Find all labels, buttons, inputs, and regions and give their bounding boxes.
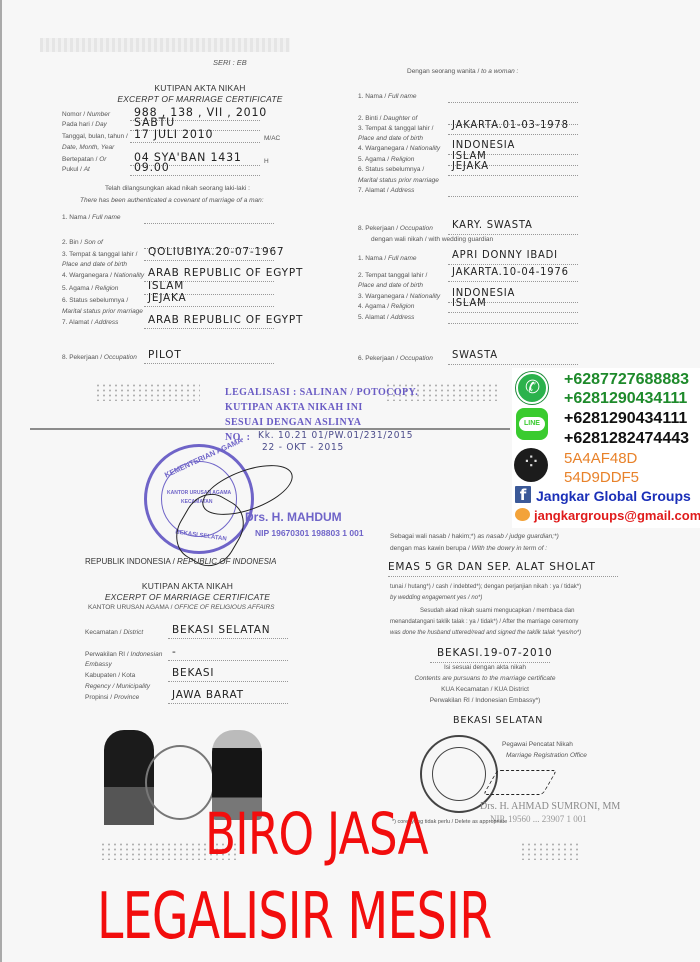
field-underline bbox=[144, 363, 274, 364]
field-label-id: 4. Warganegara / bbox=[358, 145, 410, 152]
lower-title: KUTIPAN AKTA NIKAH bbox=[80, 581, 295, 591]
field-label: 4. Agama / Religion bbox=[358, 304, 414, 311]
field-value: ARAB REPUBLIC OF EGYPT bbox=[148, 268, 303, 279]
field-label: 5. Agama / Religion bbox=[62, 286, 118, 293]
legalization-line-2: KUTIPAN AKTA NIKAH INI bbox=[225, 402, 363, 413]
bbm-pin-2[interactable]: 54D9DDF5 bbox=[564, 469, 639, 486]
woman-intro: Dengan seorang wanita / to a woman : bbox=[407, 69, 518, 76]
field-underline bbox=[144, 223, 274, 224]
office-id: KANTOR URUSAN AGAMA / bbox=[88, 604, 174, 611]
field-underline bbox=[448, 102, 578, 103]
field-underline bbox=[448, 264, 578, 265]
field-label: 4. Warganegara / Nationality bbox=[358, 146, 440, 153]
field-label-id: 8. Pekerjaan / bbox=[358, 225, 400, 232]
field-label-en: Or bbox=[99, 156, 106, 163]
line-app-icon: LINE bbox=[516, 408, 548, 440]
guardian-intro: dengan wali nikah / with wedding guardia… bbox=[371, 237, 493, 244]
field-value: SWASTA bbox=[452, 351, 498, 362]
field-label-en: Occupation bbox=[400, 225, 433, 232]
guardian-type-id: Sebagai wali nasab / hakim;*) bbox=[390, 533, 477, 540]
field-label-en: Religion bbox=[391, 303, 415, 310]
conform-3: KUA Kecamatan / KUA District bbox=[400, 687, 570, 694]
marriage-certificate-scan: SERI : EB KUTIPAN AKTA NIKAH EXCERPT OF … bbox=[0, 0, 700, 962]
line-number-1[interactable]: +6281290434111 bbox=[564, 410, 687, 428]
facebook-page[interactable]: Jangkar Global Groups bbox=[536, 488, 691, 504]
guardian-type: Sebagai wali nasab / hakim;*) as nasab /… bbox=[390, 534, 559, 541]
field-label-en: Religion bbox=[391, 156, 415, 163]
officer-title: Pegawai Pencatat Nikah bbox=[502, 742, 573, 749]
dowry-intro: dengan mas kawin berupa / With the dowry… bbox=[390, 546, 547, 553]
field-value: SABTU bbox=[134, 117, 175, 129]
official-nip: NIP 19670301 198803 1 001 bbox=[255, 528, 364, 538]
field-label-id: Kabupaten / Kota bbox=[85, 672, 135, 679]
field-label: 3. Tempat & tanggal lahir / bbox=[62, 252, 137, 259]
guardian-intro-id: dengan wali nikah / bbox=[371, 236, 428, 243]
field-label-en: Nationality bbox=[410, 293, 440, 300]
field-label-en: Address bbox=[95, 319, 119, 326]
line-number-2[interactable]: +6281282474443 bbox=[564, 430, 689, 448]
field-label-id: 3. Warganegara / bbox=[358, 293, 410, 300]
field-value: JAKARTA.01-03-1978 bbox=[452, 121, 569, 132]
field-label-en: Full name bbox=[388, 93, 417, 100]
field-label-en: Place and date of birth bbox=[358, 135, 423, 142]
cash-line: tunai / hutang*) / cash / indebted*); de… bbox=[390, 584, 581, 590]
field-label: 7. Alamat / Address bbox=[62, 320, 118, 327]
field-label-en: Nationality bbox=[410, 145, 440, 152]
field-label-en: Embassy bbox=[85, 661, 112, 668]
office-line: KANTOR URUSAN AGAMA / OFFICE OF RELIGIOU… bbox=[88, 605, 275, 612]
scan-artifact bbox=[40, 38, 290, 52]
conform-1: Isi sesuai dengan akta nikah bbox=[400, 665, 570, 672]
field-label: Pukul / At bbox=[62, 167, 90, 174]
field-label-en: Date, Month, Year bbox=[62, 144, 114, 151]
field-underline bbox=[144, 328, 274, 329]
watermark-line-1: BIRO JASA bbox=[205, 800, 428, 868]
field-label: 6. Pekerjaan / Occupation bbox=[358, 356, 433, 363]
legalization-date: 22 - OKT - 2015 bbox=[262, 444, 344, 453]
field-label: 5. Alamat / Address bbox=[358, 315, 414, 322]
field-value: INDONESIA bbox=[452, 141, 515, 152]
field-label-en: Number bbox=[87, 111, 110, 118]
field-label: Place and date of birth bbox=[62, 262, 127, 269]
field-label-en: Son of bbox=[84, 239, 103, 246]
field-label-en: Marital status prior marriage bbox=[62, 308, 143, 315]
legalization-line-3: SESUAI DENGAN ASLINYA bbox=[225, 417, 361, 428]
field-label-id: 2. Tempat tanggal lahir / bbox=[358, 272, 427, 279]
field-label-id: 2. Binti / bbox=[358, 115, 383, 122]
field-label-id: 3. Tempat & tanggal lahir / bbox=[358, 125, 433, 132]
field-label-id: 4. Agama / bbox=[358, 303, 391, 310]
field-label: 8. Pekerjaan / Occupation bbox=[62, 355, 137, 362]
field-label-en: Day bbox=[95, 121, 107, 128]
field-label: 2. Bin / Son of bbox=[62, 240, 103, 247]
field-label: 8. Pekerjaan / Occupation bbox=[358, 226, 433, 233]
conform-2: Contents are pursuans to the marriage ce… bbox=[400, 676, 570, 683]
field-label-id: Perwakilan RI / bbox=[85, 651, 131, 658]
dowry-intro-id: dengan mas kawin berupa / bbox=[390, 545, 472, 552]
field-label-id: 7. Alamat / bbox=[358, 187, 391, 194]
field-label-en: Marital status prior marriage bbox=[358, 177, 439, 184]
field-label-en: Indonesian bbox=[131, 651, 163, 658]
field-value: JAKARTA.10-04-1976 bbox=[452, 268, 569, 279]
field-value: JEJAKA bbox=[452, 162, 489, 173]
fold-line bbox=[30, 428, 510, 430]
whatsapp-number-1[interactable]: +6287727688883 bbox=[564, 371, 689, 389]
field-label-id: 1. Nama / bbox=[62, 214, 92, 221]
lower-title-en: EXCERPT OF MARRIAGE CERTIFICATE bbox=[80, 592, 295, 602]
field-value: BEKASI SELATAN bbox=[172, 625, 270, 636]
field-label-en: Place and date of birth bbox=[62, 261, 127, 268]
officer-title-en: Marriage Registration Office bbox=[506, 753, 587, 760]
field-label-en: Occupation bbox=[400, 355, 433, 362]
field-label: 3. Warganegara / Nationality bbox=[358, 294, 440, 301]
taklik-line-3: was done the husband uttered/read and si… bbox=[390, 630, 581, 636]
field-label: 7. Alamat / Address bbox=[358, 188, 414, 195]
field-label-id: 5. Agama / bbox=[358, 156, 391, 163]
place-date-underline bbox=[430, 662, 550, 663]
field-label: Kabupaten / Kota bbox=[85, 673, 135, 680]
republic-line: REPUBLIK INDONESIA / REPUBLIC OF INDONES… bbox=[85, 558, 276, 566]
contact-banner: LINE f +6287727688883 +6281290434111 +62… bbox=[512, 368, 700, 528]
field-label-id: 8. Pekerjaan / bbox=[62, 354, 104, 361]
field-label-id: Nomor / bbox=[62, 111, 87, 118]
field-label: Pada hari / Day bbox=[62, 122, 107, 129]
field-label-id: 3. Tempat & tanggal lahir / bbox=[62, 251, 137, 258]
field-label: Place and date of birth bbox=[358, 136, 423, 143]
field-label: 1. Nama / Full name bbox=[62, 215, 121, 222]
field-label: 2. Tempat tanggal lahir / bbox=[358, 273, 427, 280]
field-label-en: Full name bbox=[92, 214, 121, 221]
field-label-id: 2. Bin / bbox=[62, 239, 84, 246]
field-underline bbox=[130, 142, 260, 143]
field-label-en: Daughter of bbox=[383, 115, 417, 122]
taklik-line-1: Sesudah akad nikah suami mengucapkan / m… bbox=[420, 608, 574, 614]
facebook-icon: f bbox=[515, 486, 531, 503]
field-label: Nomor / Number bbox=[62, 112, 110, 119]
field-underline bbox=[168, 660, 288, 661]
field-label-en: Province bbox=[114, 694, 139, 701]
field-underline bbox=[448, 312, 578, 313]
field-label-id: 6. Status sebelumnya / bbox=[358, 166, 424, 173]
field-label-id: 5. Agama / bbox=[62, 285, 95, 292]
field-label: Regency / Municipality bbox=[85, 684, 150, 691]
field-label-en: At bbox=[84, 166, 90, 173]
field-label-en: Religion bbox=[95, 285, 119, 292]
field-label-en: Full name bbox=[388, 255, 417, 262]
perforation-dots bbox=[95, 383, 200, 401]
field-label-id: 6. Pekerjaan / bbox=[358, 355, 400, 362]
field-label-id: Pukul / bbox=[62, 166, 84, 173]
field-value: QOLIUBIYA.20-07-1967 bbox=[148, 247, 284, 258]
field-label: 5. Agama / Religion bbox=[358, 157, 414, 164]
field-label-en: Place and date of birth bbox=[358, 282, 423, 289]
field-label: Marital status prior marriage bbox=[62, 309, 143, 316]
legalization-number: Kk. 10.21 01/PW.01/231/2015 bbox=[258, 432, 413, 441]
field-label-en: Nationality bbox=[114, 272, 144, 279]
field-label: 6. Status sebelumnya / bbox=[62, 298, 128, 305]
field-label: 1. Nama / Full name bbox=[358, 94, 417, 101]
conform-4: Perwakilan RI / Indonesian Embassy*) bbox=[400, 698, 570, 705]
field-value: KARY. SWASTA bbox=[452, 221, 533, 232]
field-label-en: Address bbox=[391, 187, 415, 194]
whatsapp-number-2[interactable]: +6281290434111 bbox=[564, 390, 687, 408]
field-label: Perwakilan RI / Indonesian bbox=[85, 652, 162, 659]
email-icon bbox=[515, 508, 530, 521]
field-underline bbox=[448, 196, 578, 197]
field-underline bbox=[130, 175, 260, 176]
field-underline bbox=[448, 323, 578, 324]
field-suffix: M/AC bbox=[264, 136, 280, 143]
field-label-id: 5. Alamat / bbox=[358, 314, 391, 321]
email-address[interactable]: jangkargroups@gmail.com bbox=[534, 508, 700, 523]
field-label-id: 7. Alamat / bbox=[62, 319, 95, 326]
field-value: 09.00 bbox=[134, 162, 170, 174]
field-value: - bbox=[172, 647, 177, 658]
office-en: OFFICE OF RELIGIOUS AFFAIRS bbox=[174, 604, 274, 611]
woman-intro-id: Dengan seorang wanita / bbox=[407, 68, 481, 75]
field-label-id: 4. Warganegara / bbox=[62, 272, 114, 279]
field-label: Propinsi / Province bbox=[85, 695, 139, 702]
field-value: ARAB REPUBLIC OF EGYPT bbox=[148, 315, 303, 326]
field-value: ISLAM bbox=[148, 281, 184, 292]
field-label-id: Kecamatan / bbox=[85, 629, 123, 636]
official-name: Drs. H. MAHDUM bbox=[245, 510, 342, 524]
field-label: 1. Nama / Full name bbox=[358, 256, 417, 263]
field-label-en: Occupation bbox=[104, 354, 137, 361]
woman-intro-en: to a woman : bbox=[481, 68, 518, 75]
field-underline bbox=[168, 681, 288, 682]
taklik-line-2: menandatangani taklik talak : ya / tidak… bbox=[390, 619, 578, 625]
field-label-id: Bertepatan / bbox=[62, 156, 99, 163]
perforation-dots bbox=[520, 842, 580, 860]
field-value: 17 JULI 2010 bbox=[134, 129, 213, 141]
district-value: BEKASI SELATAN bbox=[453, 716, 543, 726]
covenant-line: Telah dilangsungkan akad nikah seorang l… bbox=[105, 186, 250, 193]
field-label-id: Tanggal, bulan, tahun / bbox=[62, 133, 128, 140]
field-label: 2. Binti / Daughter of bbox=[358, 116, 417, 123]
field-label: 4. Warganegara / Nationality bbox=[62, 273, 144, 280]
field-label-en: Regency / Municipality bbox=[85, 683, 150, 690]
officer-name: Drs. H. AHMAD SUMRONI, MM bbox=[480, 802, 620, 812]
field-underline bbox=[168, 703, 288, 704]
field-label-id: 1. Nama / bbox=[358, 255, 388, 262]
field-label: Kecamatan / District bbox=[85, 630, 143, 637]
bbm-pin-1[interactable]: 5A4AF48D bbox=[564, 450, 637, 467]
field-underline bbox=[448, 364, 578, 365]
field-value: ISLAM bbox=[452, 299, 487, 310]
field-label-id: 1. Nama / bbox=[358, 93, 388, 100]
engagement-line: by wedding engagement yes / no*) bbox=[390, 595, 482, 601]
field-label: Bertepatan / Or bbox=[62, 157, 106, 164]
field-underline bbox=[448, 134, 578, 135]
field-label: Tanggal, bulan, tahun / bbox=[62, 134, 128, 141]
certificate-title: KUTIPAN AKTA NIKAH bbox=[60, 83, 340, 93]
field-label-id: 6. Status sebelumnya / bbox=[62, 297, 128, 304]
guardian-intro-en: with wedding guardian bbox=[428, 236, 493, 243]
blackberry-messenger-icon bbox=[514, 448, 548, 482]
watermark-line-2: LEGALISIR MESIR bbox=[97, 880, 491, 954]
field-underline bbox=[144, 306, 274, 307]
whatsapp-icon bbox=[516, 372, 548, 404]
guardian-type-en: as nasab / judge guardian;*) bbox=[477, 533, 558, 540]
certificate-title-en: EXCERPT OF MARRIAGE CERTIFICATE bbox=[60, 94, 340, 104]
field-underline bbox=[168, 638, 288, 639]
covenant-line-en: There has been authenticated a covenant … bbox=[80, 198, 264, 205]
place-date: BEKASI.19-07-2010 bbox=[437, 648, 552, 659]
officer-signature bbox=[483, 770, 557, 795]
field-value: JAWA BARAT bbox=[172, 690, 244, 701]
field-value: BEKASI bbox=[172, 668, 214, 679]
field-label: Marital status prior marriage bbox=[358, 178, 439, 185]
dowry-underline bbox=[388, 576, 618, 577]
republic-en: REPUBLIC OF INDONESIA bbox=[177, 557, 276, 566]
republic-id: REPUBLIK INDONESIA / bbox=[85, 557, 177, 566]
field-underline bbox=[448, 175, 578, 176]
field-label: 3. Tempat & tanggal lahir / bbox=[358, 126, 433, 133]
field-label: Date, Month, Year bbox=[62, 145, 114, 152]
field-value: PILOT bbox=[148, 350, 182, 361]
field-underline bbox=[448, 281, 578, 282]
page-edge bbox=[0, 0, 2, 962]
field-suffix: H bbox=[264, 159, 269, 166]
legalization-line-1: LEGALISASI : SALINAN / POTOCOPY. bbox=[225, 387, 418, 398]
field-label: 6. Status sebelumnya / bbox=[358, 167, 424, 174]
dowry-value: EMAS 5 GR DAN SEP. ALAT SHOLAT bbox=[388, 562, 596, 573]
field-label: Place and date of birth bbox=[358, 283, 423, 290]
field-label-id: Propinsi / bbox=[85, 694, 114, 701]
seri-label: SERI : EB bbox=[213, 59, 247, 67]
field-underline bbox=[144, 260, 274, 261]
field-label-en: District bbox=[123, 629, 143, 636]
field-value: APRI DONNY IBADI bbox=[452, 251, 558, 262]
field-underline bbox=[448, 234, 578, 235]
field-value: JEJAKA bbox=[148, 293, 187, 304]
field-label-en: Address bbox=[391, 314, 415, 321]
field-label-id: Pada hari / bbox=[62, 121, 95, 128]
dowry-intro-en: With the dowry in term of : bbox=[472, 545, 547, 552]
field-label: Embassy bbox=[85, 662, 112, 669]
